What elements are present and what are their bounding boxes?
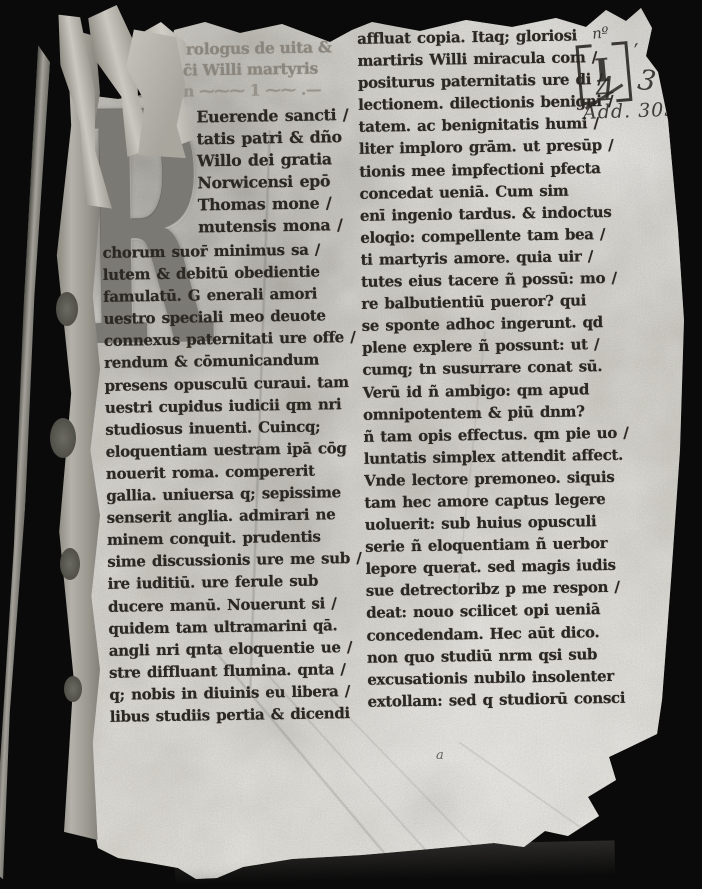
manuscript-line: tionis mee impfectioni pfecta [359,156,621,182]
binding-strap-tatter [0,45,51,879]
manuscript-line: Verū id ñ ambigo: qm apud [363,377,625,403]
manuscript-line: eloquentiam uestram ipā cōg [105,437,367,463]
sewing-knot [64,676,82,702]
manuscript-line: uestri cupidus iudicii qm nri [105,392,367,418]
manuscript-photograph: prologus de uita &one sc̄i Willi martyri… [0,0,702,889]
manuscript-line: libus studiis pertia & dicendi [110,702,372,728]
left-column: chorum suor̄ minimus sa /lutem & debitū … [102,238,372,728]
numero-annotation: nº [591,23,610,43]
manuscript-line: extollam: sed q studiorū consci [367,686,629,712]
manuscript-line: sime discussionis ure me sub / [107,547,369,573]
roman-numeral: I [593,51,611,90]
shelfmark-annotation: Add. 3037 [583,98,691,124]
right-column: affluat copia. Itaq; gloriosimartiris Wi… [357,24,630,713]
sewing-knot [50,418,76,458]
sewing-knot [56,292,78,326]
quire-signature-mark: a [436,748,444,763]
sewing-knot [60,548,80,580]
bracket-tick-mark: ′ [633,40,640,65]
manuscript-line: senserit anglia. admirari ne [106,503,368,529]
